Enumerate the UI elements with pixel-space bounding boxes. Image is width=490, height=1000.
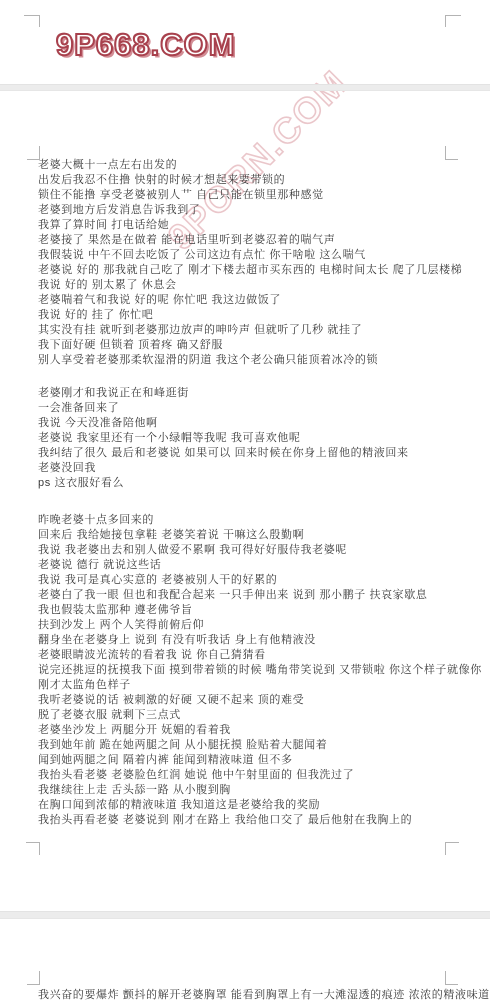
crop-mark-page2-bottom-left xyxy=(26,842,40,855)
text-line: 一会准备回来了 xyxy=(38,401,480,416)
text-line: 出发后我忍不住撸 快射的时候才想起来要带锁的 xyxy=(38,173,480,188)
document-page: { "page": { "logo_text": "9P668.COM", "d… xyxy=(0,0,490,1000)
text-line: 老婆说 好的 那我就自己吃了 刚才下楼去超市买东西的 电梯时间太长 爬了几层楼梯 xyxy=(38,263,480,278)
crop-mark-page3-top-right xyxy=(445,971,458,985)
site-logo-watermark: 9P668.COM xyxy=(56,27,236,63)
crop-mark-top-left xyxy=(24,15,40,27)
page-separator xyxy=(0,84,490,91)
text-line: 刚才太监角色样子 xyxy=(38,678,480,693)
paragraph-2: 老婆刚才和我说正在和峰逛街 一会准备回来了 我说 今天没准备陪他啊 老婆说 我家… xyxy=(38,386,480,491)
text-line: 老婆刚才和我说正在和峰逛街 xyxy=(38,386,480,401)
text-line: 老婆喘着气和我说 好的呢 你忙吧 我这边做饭了 xyxy=(38,293,480,308)
text-line: 我纠结了很久 最后和老婆说 如果可以 回来时候在你身上留他的精液回来 xyxy=(38,446,480,461)
text-line: 其实没有挂 就听到老婆那边放声的呻吟声 但就听了几秒 就挂了 xyxy=(38,323,480,338)
text-line: 我抬头看老婆 老婆脸色红润 她说 他中午射里面的 但我洗过了 xyxy=(38,768,480,783)
text-line: 老婆到地方后发消息告诉我到了 xyxy=(38,203,480,218)
text-line: 我说 我老婆出去和别人做爱不累啊 我可得好好服侍我老婆呢 xyxy=(38,543,480,558)
text-line: 我也假装太监那种 遵老佛爷旨 xyxy=(38,603,480,618)
text-line: 锁住不能撸 享受老婆被别人艹 自己只能在锁里那种感觉 xyxy=(38,188,480,203)
paragraph-1: 老婆大概十一点左右出发的 出发后我忍不住撸 快射的时候才想起来要带锁的 锁住不能… xyxy=(38,158,480,368)
text-line: 我到她年前 跪在她两腿之间 从小腿抚摸 脸贴着大腿闻着 xyxy=(38,738,480,753)
text-line: 我听老婆说的话 被刺激的好硬 又硬不起来 顶的难受 xyxy=(38,693,480,708)
text-line: 别人享受着老婆那柔软湿滑的阴道 我这个老公确只能顶着冰冷的锁 xyxy=(38,353,480,368)
text-line: 老婆接了 果然是在做着 能在电话里听到老婆忍着的喘气声 xyxy=(38,233,480,248)
text-line: 我算了算时间 打电话给她 xyxy=(38,218,480,233)
text-line: 我说 好的 别太累了 休息会 xyxy=(38,278,480,293)
text-line: 在胸口闻到浓郁的精液味道 我知道这是老婆给我的奖励 xyxy=(38,798,480,813)
text-line: 老婆眼睛波光流转的看着我 说 你自己猜猜看 xyxy=(38,648,480,663)
crop-mark-page2-bottom-right xyxy=(445,842,459,855)
text-line: 老婆大概十一点左右出发的 xyxy=(38,158,480,173)
paragraph-4-next-page: 我兴奋的要爆炸 颤抖的解开老婆胸罩 能看到胸罩上有一大滩湿透的痕迹 浓浓的精液味… xyxy=(38,988,480,1000)
text-line: 我说 我可是真心实意的 老婆被别人干的好累的 xyxy=(38,573,480,588)
text-line: 我假装说 中午不回去吃饭了 公司这边有点忙 你干啥啦 这么喘气 xyxy=(38,248,480,263)
text-line: 老婆没回我 xyxy=(38,461,480,476)
text-line: 回来后 我给她接包拿鞋 老婆笑着说 干嘛这么殷勤啊 xyxy=(38,528,480,543)
text-line: ps 这衣服好看么 xyxy=(38,476,480,491)
text-line: 我说 好的 挂了 你忙吧 xyxy=(38,308,480,323)
text-line: 脱了老婆衣服 就剩下三点式 xyxy=(38,708,480,723)
text-line: 老婆白了我一眼 但也和我配合起来 一只手伸出来 说到 那小鹏子 扶哀家歇息 xyxy=(38,588,480,603)
text-line: 说完还挑逗的抚摸我下面 摸到带着锁的时候 嘴角带笑说到 又带锁啦 你这个样子就像… xyxy=(38,663,480,678)
text-line: 翻身坐在老婆身上 说到 有没有听我话 身上有他精液没 xyxy=(38,633,480,648)
crop-mark-top-right xyxy=(445,15,461,27)
text-line: 老婆说 我家里还有一个小绿帽等我呢 我可喜欢他呢 xyxy=(38,431,480,446)
text-line: 闻到她两腿之间 隔着内裤 能闻到精液味道 但不多 xyxy=(38,753,480,768)
crop-mark-page3-top-left xyxy=(27,971,40,985)
text-line: 老婆坐沙发上 两腿分开 妩媚的看着我 xyxy=(38,723,480,738)
text-line: 我继续往上走 舌头舔一路 从小腹到胸 xyxy=(38,783,480,798)
text-line: 我抬头再看老婆 老婆说到 刚才在路上 我给他口交了 最后他射在我胸上的 xyxy=(38,813,480,828)
text-line: 我说 今天没准备陪他啊 xyxy=(38,416,480,431)
text-line: 老婆说 德行 就说这些话 xyxy=(38,558,480,573)
page-separator xyxy=(0,911,490,919)
text-line: 昨晚老婆十点多回来的 xyxy=(38,513,480,528)
text-line: 我下面好硬 但锁着 顶着疼 确又舒服 xyxy=(38,338,480,353)
text-line: 扶到沙发上 两个人笑得前俯后仰 xyxy=(38,618,480,633)
text-line: 我兴奋的要爆炸 颤抖的解开老婆胸罩 能看到胸罩上有一大滩湿透的痕迹 浓浓的精液味… xyxy=(38,988,480,1000)
paragraph-3: 昨晚老婆十点多回来的 回来后 我给她接包拿鞋 老婆笑着说 干嘛这么殷勤啊 我说 … xyxy=(38,513,480,828)
